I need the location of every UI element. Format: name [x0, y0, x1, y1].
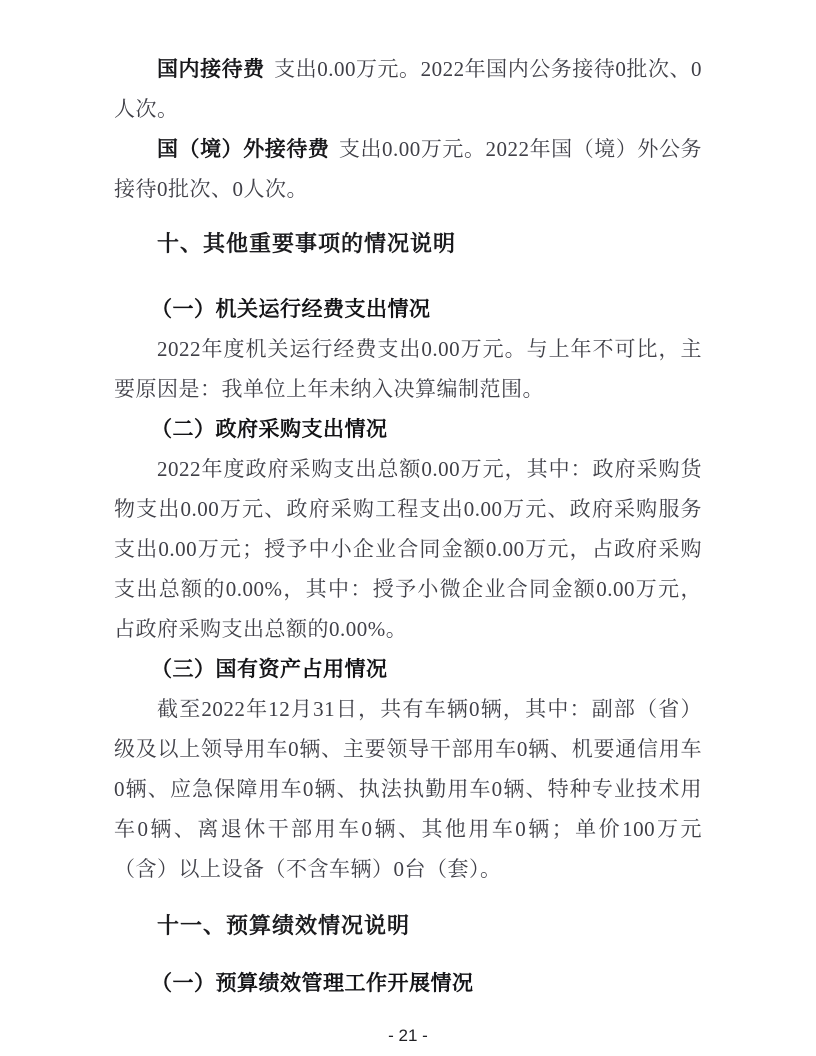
- paragraph-government-procurement: 2022年度政府采购支出总额0.00万元，其中：政府采购货物支出0.00万元、政…: [114, 449, 702, 649]
- document-page: 国内接待费支出0.00万元。2022年国内公务接待0批次、0人次。 国（境）外接…: [0, 0, 816, 1056]
- page-number: - 21 -: [0, 1026, 816, 1046]
- subheading-government-procurement: （二）政府采购支出情况: [114, 409, 702, 449]
- paragraph-state-assets: 截至2022年12月31日，共有车辆0辆，其中：副部（省）级及以上领导用车0辆、…: [114, 689, 702, 889]
- section-heading-ten: 十、其他重要事项的情况说明: [114, 224, 702, 264]
- subheading-agency-operating-expense: （一）机关运行经费支出情况: [114, 289, 702, 329]
- paragraph-agency-operating-expense: 2022年度机关运行经费支出0.00万元。与上年不可比，主要原因是：我单位上年未…: [114, 329, 702, 409]
- subheading-state-assets: （三）国有资产占用情况: [114, 649, 702, 689]
- subheading-budget-performance: （一）预算绩效管理工作开展情况: [114, 963, 702, 1003]
- paragraph-overseas-reception: 国（境）外接待费支出0.00万元。2022年国（境）外公务接待0批次、0人次。: [114, 129, 702, 209]
- section-heading-eleven: 十一、预算绩效情况说明: [114, 906, 702, 946]
- paragraph-domestic-reception: 国内接待费支出0.00万元。2022年国内公务接待0批次、0人次。: [114, 49, 702, 129]
- paragraph-lead-label: 国内接待费: [157, 57, 265, 81]
- paragraph-lead-label: 国（境）外接待费: [157, 137, 329, 161]
